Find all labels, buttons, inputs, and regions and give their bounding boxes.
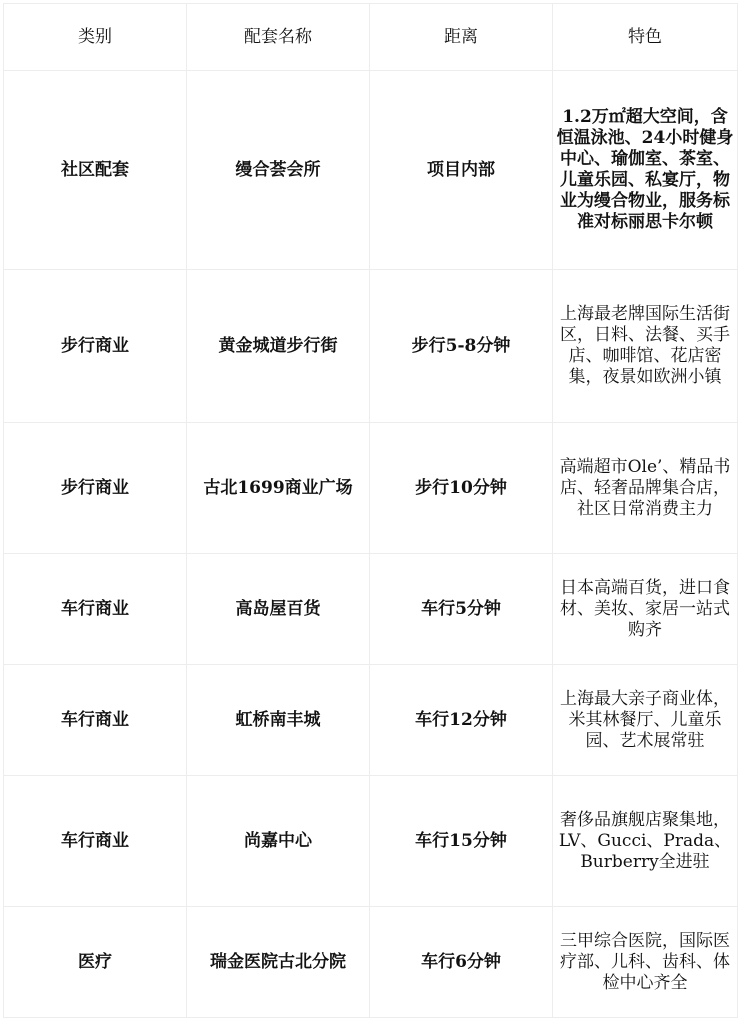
cell-distance: 车行6分钟	[370, 907, 553, 1018]
cell-feature: 日本高端百货，进口食材、美妆、家居一站式购齐	[553, 554, 738, 665]
header-name: 配套名称	[187, 4, 370, 71]
cell-name: 缦合荟会所	[187, 71, 370, 270]
cell-name: 虹桥南丰城	[187, 665, 370, 776]
cell-feature: 奢侈品旗舰店聚集地，LV、Gucci、Prada、Burberry全进驻	[553, 776, 738, 907]
cell-distance: 步行10分钟	[370, 423, 553, 554]
cell-feature: 高端超市Ole’、精品书店、轻奢品牌集合店，社区日常消费主力	[553, 423, 738, 554]
header-category: 类别	[4, 4, 187, 71]
table-row: 步行商业 古北1699商业广场 步行10分钟 高端超市Ole’、精品书店、轻奢品…	[4, 423, 738, 554]
table-row: 步行商业 黄金城道步行街 步行5-8分钟 上海最老牌国际生活街区，日料、法餐、买…	[4, 270, 738, 423]
cell-category: 步行商业	[4, 270, 187, 423]
cell-name: 黄金城道步行街	[187, 270, 370, 423]
table-header-row: 类别 配套名称 距离 特色	[4, 4, 738, 71]
table-row: 社区配套 缦合荟会所 项目内部 1.2万㎡超大空间，含恒温泳池、24小时健身中心…	[4, 71, 738, 270]
cell-feature: 上海最老牌国际生活街区，日料、法餐、买手店、咖啡馆、花店密集，夜景如欧洲小镇	[553, 270, 738, 423]
cell-name: 高岛屋百货	[187, 554, 370, 665]
cell-distance: 项目内部	[370, 71, 553, 270]
cell-distance: 步行5-8分钟	[370, 270, 553, 423]
table-row: 医疗 瑞金医院古北分院 车行6分钟 三甲综合医院，国际医疗部、儿科、齿科、体检中…	[4, 907, 738, 1018]
cell-category: 社区配套	[4, 71, 187, 270]
table-row: 车行商业 虹桥南丰城 车行12分钟 上海最大亲子商业体，米其林餐厅、儿童乐园、艺…	[4, 665, 738, 776]
amenities-table: 类别 配套名称 距离 特色 社区配套 缦合荟会所 项目内部 1.2万㎡超大空间，…	[3, 3, 738, 1018]
cell-feature: 1.2万㎡超大空间，含恒温泳池、24小时健身中心、瑜伽室、茶室、儿童乐园、私宴厅…	[553, 71, 738, 270]
header-feature: 特色	[553, 4, 738, 71]
table-row: 车行商业 高岛屋百货 车行5分钟 日本高端百货，进口食材、美妆、家居一站式购齐	[4, 554, 738, 665]
cell-category: 车行商业	[4, 554, 187, 665]
header-distance: 距离	[370, 4, 553, 71]
cell-name: 尚嘉中心	[187, 776, 370, 907]
cell-feature: 上海最大亲子商业体，米其林餐厅、儿童乐园、艺术展常驻	[553, 665, 738, 776]
cell-category: 车行商业	[4, 665, 187, 776]
cell-category: 车行商业	[4, 776, 187, 907]
cell-name: 古北1699商业广场	[187, 423, 370, 554]
cell-category: 步行商业	[4, 423, 187, 554]
cell-distance: 车行12分钟	[370, 665, 553, 776]
cell-name: 瑞金医院古北分院	[187, 907, 370, 1018]
cell-distance: 车行15分钟	[370, 776, 553, 907]
cell-distance: 车行5分钟	[370, 554, 553, 665]
table-row: 车行商业 尚嘉中心 车行15分钟 奢侈品旗舰店聚集地，LV、Gucci、Prad…	[4, 776, 738, 907]
cell-category: 医疗	[4, 907, 187, 1018]
cell-feature: 三甲综合医院，国际医疗部、儿科、齿科、体检中心齐全	[553, 907, 738, 1018]
